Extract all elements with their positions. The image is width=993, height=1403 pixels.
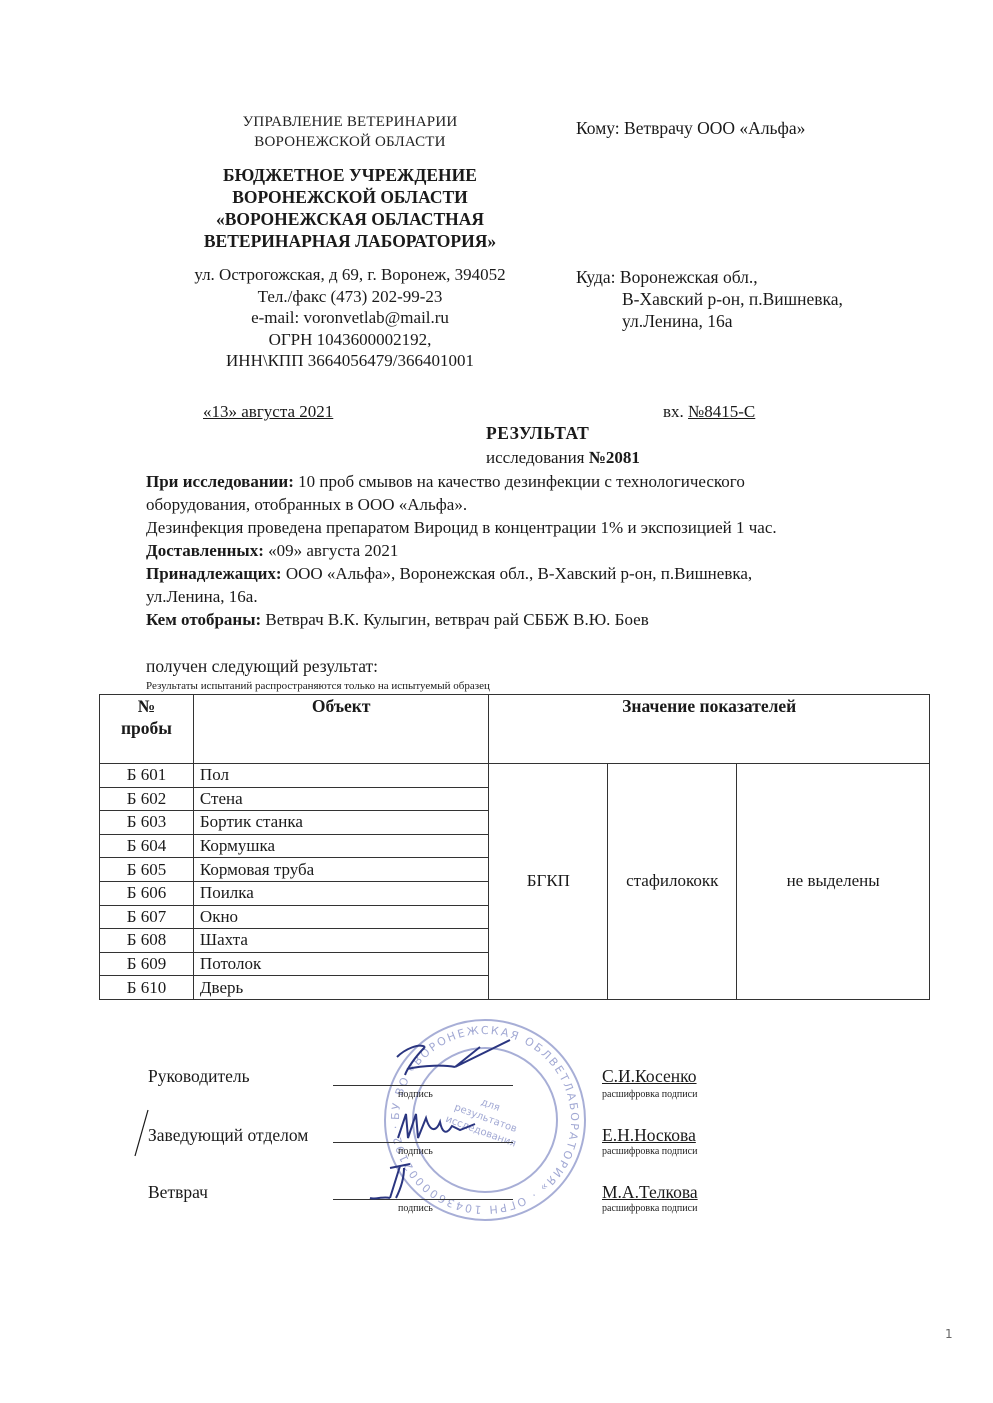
study-number-value: №2081: [589, 448, 640, 467]
sample-id: Б 610: [100, 976, 194, 1000]
sample-id: Б 602: [100, 787, 194, 811]
header-values: Значение показателей: [489, 695, 930, 764]
signature-name: М.А.Телкова: [602, 1182, 698, 1203]
signature-name: Е.Н.Носкова: [602, 1125, 696, 1146]
result-value: не выделены: [737, 764, 930, 1000]
sampled-label: Кем отобраны:: [146, 610, 261, 629]
signature-name: С.И.Косенко: [602, 1066, 697, 1087]
sample-id: Б 605: [100, 858, 194, 882]
org-line-3: «ВОРОНЕЖСКАЯ ОБЛАСТНАЯ: [170, 208, 530, 230]
sample-id: Б 606: [100, 881, 194, 905]
sample-id: Б 604: [100, 834, 194, 858]
study-description: При исследовании: 10 проб смывов на каче…: [146, 470, 916, 493]
sampled-by-info: Кем отобраны: Ветврач В.К. Кулыгин, ветв…: [146, 608, 916, 631]
document-title: РЕЗУЛЬТАТ: [486, 423, 589, 444]
results-table: № пробы Объект Значение показателей Б 60…: [99, 694, 930, 1000]
recipient-address-line-2: В-Хавский р-он, п.Вишневка,: [576, 288, 916, 310]
org-line-4: ВЕТЕРИНАРНАЯ ЛАБОРАТОРИЯ»: [170, 230, 530, 252]
owner-info: Принадлежащих: ООО «Альфа», Воронежская …: [146, 562, 916, 585]
sample-id: Б 607: [100, 905, 194, 929]
signature-name-caption: расшифровка подписи: [602, 1203, 697, 1214]
sample-id: Б 608: [100, 929, 194, 953]
org-inn-kpp: ИНН\КПП 3664056479/366401001: [150, 350, 550, 372]
signature-role: Ветврач: [148, 1182, 208, 1203]
organization-name: БЮДЖЕТНОЕ УЧРЕЖДЕНИЕ ВОРОНЕЖСКОЙ ОБЛАСТИ…: [170, 164, 530, 252]
header-object: Объект: [193, 695, 489, 764]
table-row: Б 601 Пол БГКП стафилококк не выделены: [100, 764, 930, 788]
sample-object: Дверь: [193, 976, 489, 1000]
sample-object: Окно: [193, 905, 489, 929]
disinfection-info: Дезинфекция проведена препаратом Вироцид…: [146, 516, 916, 539]
authority-line-2: ВОРОНЕЖСКОЙ ОБЛАСТИ: [200, 132, 500, 152]
delivered-text: «09» августа 2021: [264, 541, 399, 560]
sample-object: Стена: [193, 787, 489, 811]
page-number: 1: [945, 1327, 953, 1341]
sample-object: Кормовая труба: [193, 858, 489, 882]
sample-object: Потолок: [193, 952, 489, 976]
org-line-1: БЮДЖЕТНОЕ УЧРЕЖДЕНИЕ: [170, 164, 530, 186]
authority-name: УПРАВЛЕНИЕ ВЕТЕРИНАРИИ ВОРОНЕЖСКОЙ ОБЛАС…: [200, 112, 500, 152]
sample-object: Поилка: [193, 881, 489, 905]
sample-object: Бортик станка: [193, 811, 489, 835]
incoming-number: вх. №8415-С: [663, 400, 755, 423]
signature-name-caption: расшифровка подписи: [602, 1089, 697, 1100]
study-details: При исследовании: 10 проб смывов на каче…: [146, 470, 916, 631]
org-line-2: ВОРОНЕЖСКОЙ ОБЛАСТИ: [170, 186, 530, 208]
study-number: исследования №2081: [486, 446, 640, 469]
header-sample-no: № пробы: [100, 695, 194, 764]
sampled-text: Ветврач В.К. Кулыгин, ветврач рай СББЖ В…: [261, 610, 649, 629]
owner-text-2: ул.Ленина, 16а.: [146, 585, 916, 608]
signature-kosenko-icon: [385, 1035, 535, 1095]
signature-role: Заведующий отделом: [148, 1125, 308, 1146]
study-label: При исследовании:: [146, 472, 294, 491]
recipient: Кому: Ветврачу ООО «Альфа»: [576, 117, 805, 139]
study-text: 10 проб смывов на качество дезинфекции с…: [294, 472, 745, 491]
header-sample-no-line-1: №: [106, 695, 187, 717]
result-intro: получен следующий результат:: [146, 656, 378, 677]
owner-label: Принадлежащих:: [146, 564, 282, 583]
sample-id: Б 601: [100, 764, 194, 788]
recipient-address-line-1: Куда: Воронежская обл.,: [576, 266, 916, 288]
incoming-number-value: №8415-С: [688, 402, 755, 421]
signature-telkova-icon: [360, 1160, 440, 1205]
org-phone: Тел./факс (473) 202-99-23: [150, 286, 550, 308]
indicator-staphylococcus: стафилококк: [608, 764, 737, 1000]
results-disclaimer: Результаты испытаний распространяются то…: [146, 680, 490, 693]
org-ogrn: ОГРН 1043600002192,: [150, 329, 550, 351]
org-email: e-mail: voronvetlab@mail.ru: [150, 307, 550, 329]
delivered-info: Доставленных: «09» августа 2021: [146, 539, 916, 562]
sample-object: Кормушка: [193, 834, 489, 858]
table-header-row: № пробы Объект Значение показателей: [100, 695, 930, 764]
signature-name-caption: расшифровка подписи: [602, 1146, 697, 1157]
signature-noskova-icon: [390, 1108, 490, 1148]
study-number-prefix: исследования: [486, 448, 589, 467]
delivered-label: Доставленных:: [146, 541, 264, 560]
signature-role: Руководитель: [148, 1066, 250, 1087]
recipient-address: Куда: Воронежская обл., В-Хавский р-он, …: [576, 266, 916, 332]
sample-id: Б 603: [100, 811, 194, 835]
study-text-2: оборудования, отобранных в ООО «Альфа».: [146, 493, 916, 516]
indicator-bgkp: БГКП: [489, 764, 608, 1000]
header-sample-no-line-2: пробы: [106, 717, 187, 739]
owner-text: ООО «Альфа», Воронежская обл., В-Хавский…: [282, 564, 753, 583]
authority-line-1: УПРАВЛЕНИЕ ВЕТЕРИНАРИИ: [200, 112, 500, 132]
organization-contacts: ул. Острогожская, д 69, г. Воронеж, 3940…: [150, 264, 550, 372]
document-date: «13» августа 2021: [203, 400, 333, 423]
sample-object: Пол: [193, 764, 489, 788]
sample-object: Шахта: [193, 929, 489, 953]
recipient-address-line-3: ул.Ленина, 16а: [576, 310, 916, 332]
incoming-prefix: вх.: [663, 402, 688, 421]
org-address: ул. Острогожская, д 69, г. Воронеж, 3940…: [150, 264, 550, 286]
sample-id: Б 609: [100, 952, 194, 976]
